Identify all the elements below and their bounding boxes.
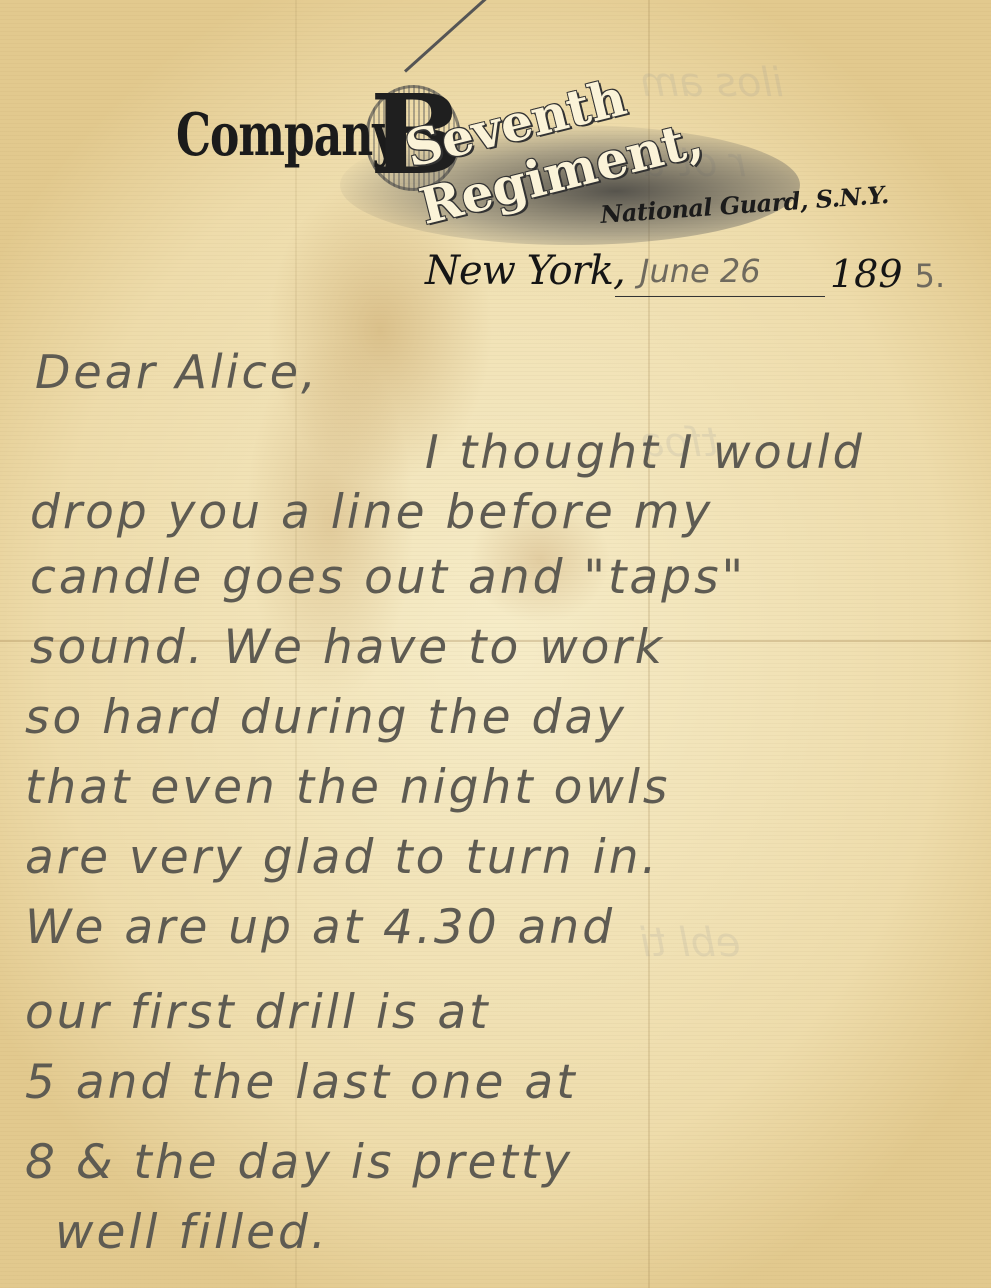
laurel-branch-icon	[404, 0, 517, 73]
letter-line: drop you a line before my	[30, 485, 713, 540]
letterhead-company: Company	[176, 101, 397, 170]
dateline-year-printed: 189	[830, 252, 903, 296]
letter-line: that even the night owls	[25, 760, 670, 815]
letter-line: 5 and the last one at	[25, 1055, 578, 1110]
letter-line: 8 & the day is pretty	[25, 1135, 573, 1190]
letter-line: our first drill is at	[25, 985, 491, 1040]
letter-line: sound. We have to work	[30, 620, 665, 675]
letter-line: well filled.	[55, 1205, 329, 1260]
letter-line: We are up at 4.30 and	[25, 900, 615, 955]
dateline-year: 189 5.	[830, 252, 945, 296]
dateline-rule	[615, 296, 825, 297]
dateline-year-handwritten: 5.	[915, 257, 946, 295]
dateline-city: New York,	[425, 248, 625, 294]
letter-line: so hard during the day	[25, 690, 627, 745]
bleed-through-text: ebl ti	[640, 920, 741, 966]
letter-line: I thought I would	[425, 425, 865, 479]
letterhead: Company B Seventh Regiment, National Gua…	[170, 30, 890, 250]
letter-page: ilos am r ot a tfoa ebl ti Company B Sev…	[0, 0, 991, 1288]
letter-line: are very glad to turn in.	[25, 830, 659, 885]
dateline-date: June 26	[640, 252, 761, 290]
salutation: Dear Alice,	[35, 345, 319, 399]
letter-line: candle goes out and "taps"	[30, 550, 746, 605]
dateline: New York, June 26 189 5.	[425, 248, 965, 318]
